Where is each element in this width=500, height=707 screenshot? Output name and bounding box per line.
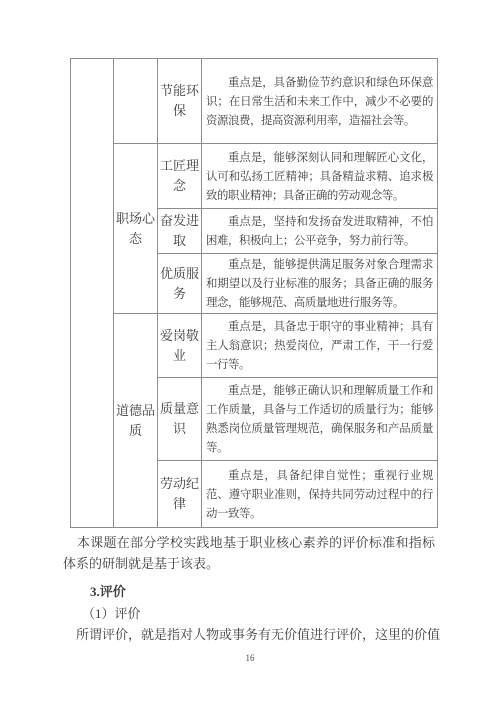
description-text: 重点是，能够深刻认同和理解匠心文化，认可和弘扬工匠精神；具备精益求精、追求极致的… <box>202 147 437 206</box>
table-cell-left-spacer <box>71 59 114 528</box>
description-text: 重点是，具备忠于职守的事业精神；具有主人翁意识；热爱岗位，严肃工作，干一行爱一行… <box>202 316 437 375</box>
section-heading: 3.评价 <box>90 581 126 602</box>
page-number: 16 <box>63 653 437 663</box>
table-row: 道德品质 爱岗敬业 重点是，具备忠于职守的事业精神；具有主人翁意识；热爱岗位，严… <box>71 314 438 378</box>
table-cell-description: 重点是，坚持和发扬奋发进取精神，不怕困难，积极向上；公平竞争，努力前行等。 <box>202 209 438 254</box>
table-cell-group-empty <box>114 59 158 144</box>
description-text: 重点是，具备勤俭节约意识和绿色环保意识；在日常生活和未来工作中，减少不必要的资源… <box>202 72 437 131</box>
table-cell-description: 重点是，能够正确认识和理解质量工作和工作质量，具备与工作适切的质量行为；能够熟悉… <box>202 378 438 461</box>
description-text: 重点是，能够正确认识和理解质量工作和工作质量，具备与工作适切的质量行为；能够熟悉… <box>202 380 437 458</box>
table-cell-description: 重点是，具备纪律自觉性；重视行业规范、遵守职业准则，保持共同劳动过程中的行动一致… <box>202 461 438 528</box>
table-cell-description: 重点是，具备勤俭节约意识和绿色环保意识；在日常生活和未来工作中，减少不必要的资源… <box>202 59 438 144</box>
table-cell-subcategory: 优质服务 <box>158 254 202 314</box>
table-cell-group: 道德品质 <box>114 314 158 528</box>
table-cell-subcategory: 奋发进取 <box>158 209 202 254</box>
description-text: 重点是，具备纪律自觉性；重视行业规范、遵守职业准则，保持共同劳动过程中的行动一致… <box>202 465 437 524</box>
competency-table: 节能环保 重点是，具备勤俭节约意识和绿色环保意识；在日常生活和未来工作中，减少不… <box>70 58 438 528</box>
table-row: 职场心态 工匠理念 重点是，能够深刻认同和理解匠心文化，认可和弘扬工匠精神；具备… <box>71 144 438 209</box>
table-cell-subcategory: 工匠理念 <box>158 144 202 209</box>
table-cell-description: 重点是，能够深刻认同和理解匠心文化，认可和弘扬工匠精神；具备精益求精、追求极致的… <box>202 144 438 209</box>
table-cell-subcategory: 节能环保 <box>158 59 202 144</box>
table-cell-subcategory: 爱岗敬业 <box>158 314 202 378</box>
table-cell-subcategory: 劳动纪律 <box>158 461 202 528</box>
description-text: 重点是，能够提供满足服务对象合理需求和期望以及行业标准的服务；具备正确的服务理念… <box>202 254 437 313</box>
table-row: 节能环保 重点是，具备勤俭节约意识和绿色环保意识；在日常生活和未来工作中，减少不… <box>71 59 438 144</box>
table-cell-description: 重点是，具备忠于职守的事业精神；具有主人翁意识；热爱岗位，严肃工作，干一行爱一行… <box>202 314 438 378</box>
paragraph-conclusion: 本课题在部分学校实践地基于职业核心素养的评价标准和指标体系的研制就是基于该表。 <box>63 532 435 574</box>
paragraph-evaluation-intro: 所谓评价，就是指对人物或事务有无价值进行评价，这里的价值 <box>76 624 440 645</box>
description-text: 重点是，坚持和发扬奋发进取精神，不怕困难，积极向上；公平竞争，努力前行等。 <box>202 211 437 251</box>
table-cell-group: 职场心态 <box>114 144 158 314</box>
table-cell-subcategory: 质量意识 <box>158 378 202 461</box>
subsection-heading: （1）评价 <box>82 603 141 624</box>
table-cell-description: 重点是，能够提供满足服务对象合理需求和期望以及行业标准的服务；具备正确的服务理念… <box>202 254 438 314</box>
document-page: 节能环保 重点是，具备勤俭节约意识和绿色环保意识；在日常生活和未来工作中，减少不… <box>0 0 500 707</box>
